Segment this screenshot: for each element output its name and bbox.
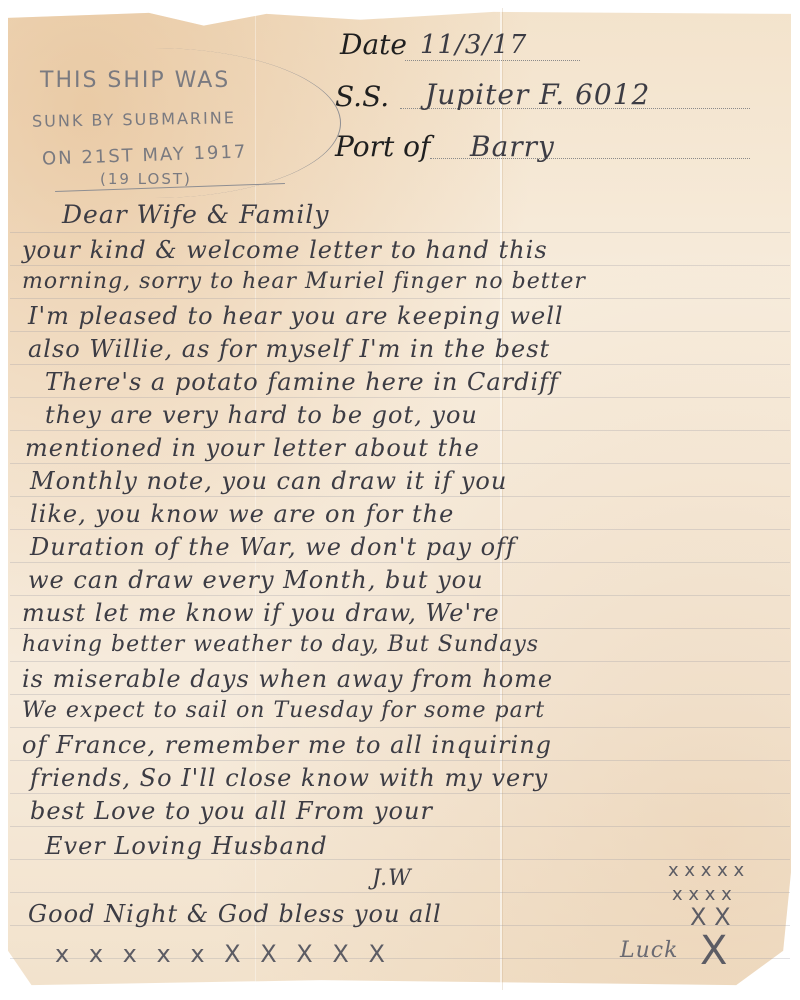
postscript: Good Night & God bless you all	[28, 900, 442, 928]
letter-line: also Willie, as for myself I'm in the be…	[28, 335, 550, 363]
letter-line: I'm pleased to hear you are keeping well	[28, 302, 564, 330]
kisses-bottom-row: x x x x x X X X X X	[55, 940, 391, 968]
kisses-row: x x x x x	[668, 860, 744, 881]
ruled-line	[10, 265, 790, 266]
letter-line: having better weather to day, But Sunday…	[22, 632, 539, 657]
port-label: Port of	[335, 130, 430, 163]
ruled-line	[10, 628, 790, 629]
salutation: Dear Wife & Family	[62, 200, 329, 229]
ruled-line	[10, 232, 790, 233]
ship-value: Jupiter F. 6012	[425, 78, 650, 111]
letter-line: we can draw every Month, but you	[28, 566, 484, 594]
date-label: Date	[340, 28, 407, 61]
ship-label: S.S.	[335, 80, 389, 113]
luck-kiss: X	[700, 928, 727, 974]
letter-line: best Love to you all From your	[30, 797, 433, 825]
letter-line: mentioned in your letter about the	[25, 434, 480, 462]
letter-line: your kind & welcome letter to hand this	[22, 236, 548, 264]
closing: Ever Loving Husband	[45, 832, 328, 860]
letter-line: like, you know we are on for the	[30, 500, 454, 528]
luck-note: Luck	[620, 938, 678, 963]
letter-line: they are very hard to be got, you	[45, 401, 478, 429]
pencil-note-line: SUNK BY SUBMARINE	[32, 108, 236, 131]
letter-line: must let me know if you draw, We're	[22, 599, 500, 627]
ruled-line	[10, 760, 790, 761]
pencil-note-line: THIS SHIP WAS	[40, 68, 230, 93]
ruled-line	[10, 298, 790, 299]
ruled-line	[10, 826, 790, 827]
kisses-row: x x x x	[672, 884, 732, 905]
port-value: Barry	[470, 130, 555, 163]
ruled-line	[10, 727, 790, 728]
ruled-line	[10, 496, 790, 497]
signature: J.W	[372, 866, 412, 891]
ruled-line	[10, 661, 790, 662]
kisses-row: X X	[690, 903, 731, 931]
ruled-line	[10, 793, 790, 794]
pencil-note-line: (19 LOST)	[100, 170, 192, 188]
letter-line: morning, sorry to hear Muriel finger no …	[22, 269, 586, 294]
date-dotted-line	[405, 60, 580, 61]
ruled-line	[10, 562, 790, 563]
letter-line: friends, So I'll close know with my very	[30, 764, 548, 792]
ruled-line	[10, 694, 790, 695]
letter-line: We expect to sail on Tuesday for some pa…	[22, 698, 545, 723]
ruled-line	[10, 331, 790, 332]
letter-line: Monthly note, you can draw it if you	[30, 467, 507, 495]
date-value: 11/3/17	[420, 30, 527, 60]
ruled-line	[10, 463, 790, 464]
ruled-line	[10, 397, 790, 398]
letter-line: Duration of the War, we don't pay off	[30, 533, 516, 561]
letter-line: There's a potato famine here in Cardiff	[45, 368, 559, 396]
ruled-line	[10, 430, 790, 431]
ruled-line	[10, 364, 790, 365]
letter-line: of France, remember me to all inquiring	[22, 731, 552, 759]
letter-line: is miserable days when away from home	[22, 665, 553, 693]
ruled-line	[10, 529, 790, 530]
ruled-line	[10, 595, 790, 596]
